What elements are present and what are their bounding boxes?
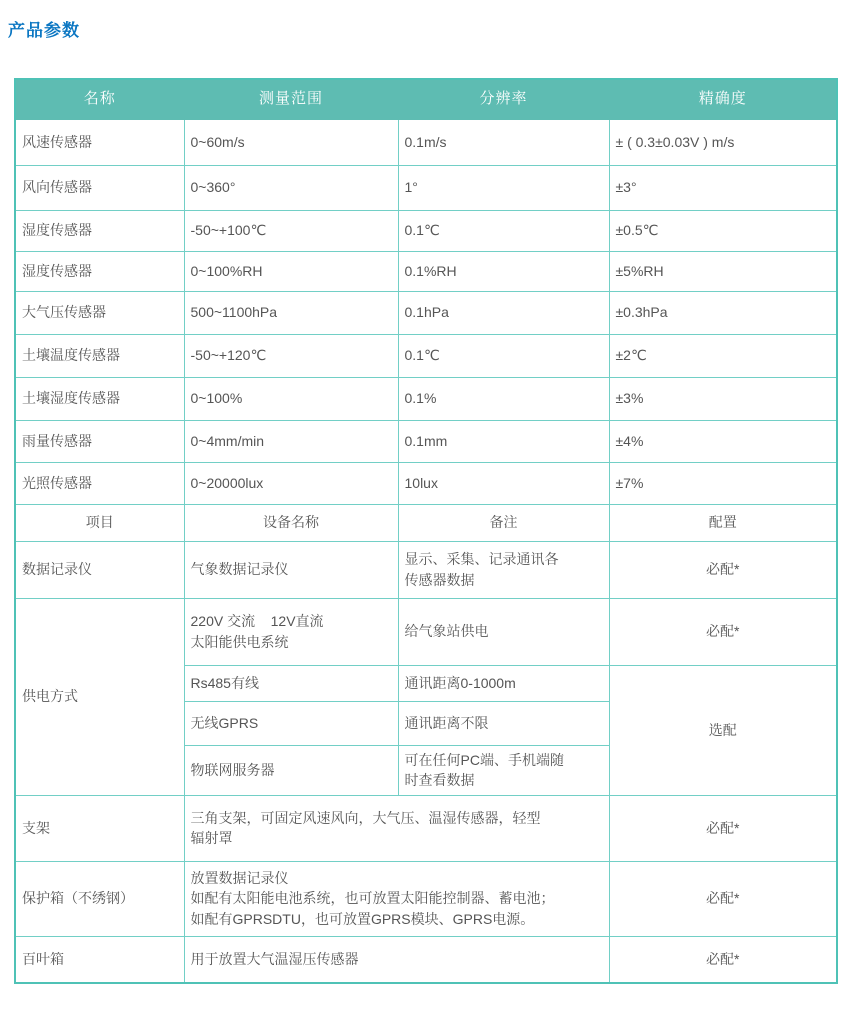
equipment-description: 三角支架，可固定风速风向，大气压、温湿传感器，轻型 辐射罩 <box>184 795 609 861</box>
sensor-row: 土壤温度传感器 -50~+120℃ 0.1℃ ±2℃ <box>15 334 837 377</box>
equipment-item-power: 供电方式 <box>15 598 184 795</box>
sensor-resolution: 0.1℃ <box>398 210 609 251</box>
sensor-resolution: 0.1hPa <box>398 291 609 334</box>
sensor-row: 土壤湿度传感器 0~100% 0.1% ±3% <box>15 377 837 420</box>
equipment-config: 必配* <box>609 795 837 861</box>
sensor-accuracy: ±5%RH <box>609 251 837 291</box>
page-title: 产品参数 <box>8 16 80 41</box>
table-subheader-row: 项目 设备名称 备注 配置 <box>15 504 837 541</box>
subheader-device: 设备名称 <box>184 504 398 541</box>
sensor-range: 500~1100hPa <box>184 291 398 334</box>
subheader-config: 配置 <box>609 504 837 541</box>
sensor-range: 0~60m/s <box>184 119 398 165</box>
sensor-name: 湿度传感器 <box>15 251 184 291</box>
sensor-accuracy: ±7% <box>609 462 837 504</box>
equipment-item: 数据记录仪 <box>15 541 184 598</box>
sensor-name: 湿度传感器 <box>15 210 184 251</box>
protection-box-row: 保护箱（不绣钢） 放置数据记录仪 如配有太阳能电池系统，也可放置太阳能控制器、蓄… <box>15 861 837 936</box>
sensor-range: 0~100%RH <box>184 251 398 291</box>
subheader-note: 备注 <box>398 504 609 541</box>
sensor-row: 风速传感器 0~60m/s 0.1m/s ± ( 0.3±0.03V ) m/s <box>15 119 837 165</box>
subheader-item: 项目 <box>15 504 184 541</box>
sensor-accuracy: ±0.5℃ <box>609 210 837 251</box>
equipment-device: Rs485有线 <box>184 665 398 701</box>
equipment-item: 保护箱（不绣钢） <box>15 861 184 936</box>
equipment-note: 给气象站供电 <box>398 598 609 665</box>
sensor-accuracy: ±2℃ <box>609 334 837 377</box>
sensor-accuracy: ±3% <box>609 377 837 420</box>
sensor-resolution: 10lux <box>398 462 609 504</box>
equipment-device: 气象数据记录仪 <box>184 541 398 598</box>
equipment-config: 必配* <box>609 598 837 665</box>
equipment-note: 显示、采集、记录通讯各 传感器数据 <box>398 541 609 598</box>
header-accuracy: 精确度 <box>609 79 837 119</box>
equipment-config-optional: 选配 <box>609 665 837 795</box>
page: 产品参数 名称 测量范围 分辨率 精确度 风速传感器 0~60m/s 0.1m/… <box>0 0 850 1017</box>
equipment-device: 物联网服务器 <box>184 745 398 795</box>
header-range: 测量范围 <box>184 79 398 119</box>
equipment-note: 可在任何PC端、手机端随 时查看数据 <box>398 745 609 795</box>
sensor-row: 风向传感器 0~360° 1° ±3° <box>15 165 837 210</box>
equipment-config: 必配* <box>609 936 837 983</box>
sensor-resolution: 0.1%RH <box>398 251 609 291</box>
sensor-name: 大气压传感器 <box>15 291 184 334</box>
shutter-box-row: 百叶箱 用于放置大气温湿压传感器 必配* <box>15 936 837 983</box>
sensor-accuracy: ±3° <box>609 165 837 210</box>
sensor-row: 大气压传感器 500~1100hPa 0.1hPa ±0.3hPa <box>15 291 837 334</box>
sensor-name: 风向传感器 <box>15 165 184 210</box>
sensor-name: 雨量传感器 <box>15 420 184 462</box>
datalogger-row: 数据记录仪 气象数据记录仪 显示、采集、记录通讯各 传感器数据 必配* <box>15 541 837 598</box>
sensor-name: 土壤湿度传感器 <box>15 377 184 420</box>
sensor-accuracy: ±4% <box>609 420 837 462</box>
sensor-resolution: 0.1℃ <box>398 334 609 377</box>
header-name: 名称 <box>15 79 184 119</box>
sensor-range: 0~360° <box>184 165 398 210</box>
sensor-range: 0~100% <box>184 377 398 420</box>
sensor-row: 湿度传感器 -50~+100℃ 0.1℃ ±0.5℃ <box>15 210 837 251</box>
sensor-name: 光照传感器 <box>15 462 184 504</box>
equipment-device: 220V 交流 12V直流 太阳能供电系统 <box>184 598 398 665</box>
sensor-row: 湿度传感器 0~100%RH 0.1%RH ±5%RH <box>15 251 837 291</box>
equipment-description: 用于放置大气温湿压传感器 <box>184 936 609 983</box>
equipment-config: 必配* <box>609 541 837 598</box>
equipment-item: 百叶箱 <box>15 936 184 983</box>
equipment-note: 通讯距离0-1000m <box>398 665 609 701</box>
table-header-row: 名称 测量范围 分辨率 精确度 <box>15 79 837 119</box>
equipment-item: 支架 <box>15 795 184 861</box>
sensor-range: 0~20000lux <box>184 462 398 504</box>
sensor-resolution: 0.1mm <box>398 420 609 462</box>
equipment-device: 无线GPRS <box>184 701 398 745</box>
equipment-description: 放置数据记录仪 如配有太阳能电池系统，也可放置太阳能控制器、蓄电池； 如配有GP… <box>184 861 609 936</box>
power-row: 供电方式 220V 交流 12V直流 太阳能供电系统 给气象站供电 必配* <box>15 598 837 665</box>
sensor-name: 风速传感器 <box>15 119 184 165</box>
equipment-note: 通讯距离不限 <box>398 701 609 745</box>
header-resolution: 分辨率 <box>398 79 609 119</box>
sensor-range: -50~+120℃ <box>184 334 398 377</box>
sensor-resolution: 1° <box>398 165 609 210</box>
product-spec-table: 名称 测量范围 分辨率 精确度 风速传感器 0~60m/s 0.1m/s ± (… <box>14 78 838 984</box>
sensor-accuracy: ± ( 0.3±0.03V ) m/s <box>609 119 837 165</box>
bracket-row: 支架 三角支架，可固定风速风向，大气压、温湿传感器，轻型 辐射罩 必配* <box>15 795 837 861</box>
equipment-config: 必配* <box>609 861 837 936</box>
sensor-resolution: 0.1% <box>398 377 609 420</box>
sensor-accuracy: ±0.3hPa <box>609 291 837 334</box>
sensor-row: 光照传感器 0~20000lux 10lux ±7% <box>15 462 837 504</box>
sensor-range: 0~4mm/min <box>184 420 398 462</box>
sensor-name: 土壤温度传感器 <box>15 334 184 377</box>
sensor-row: 雨量传感器 0~4mm/min 0.1mm ±4% <box>15 420 837 462</box>
sensor-resolution: 0.1m/s <box>398 119 609 165</box>
sensor-range: -50~+100℃ <box>184 210 398 251</box>
